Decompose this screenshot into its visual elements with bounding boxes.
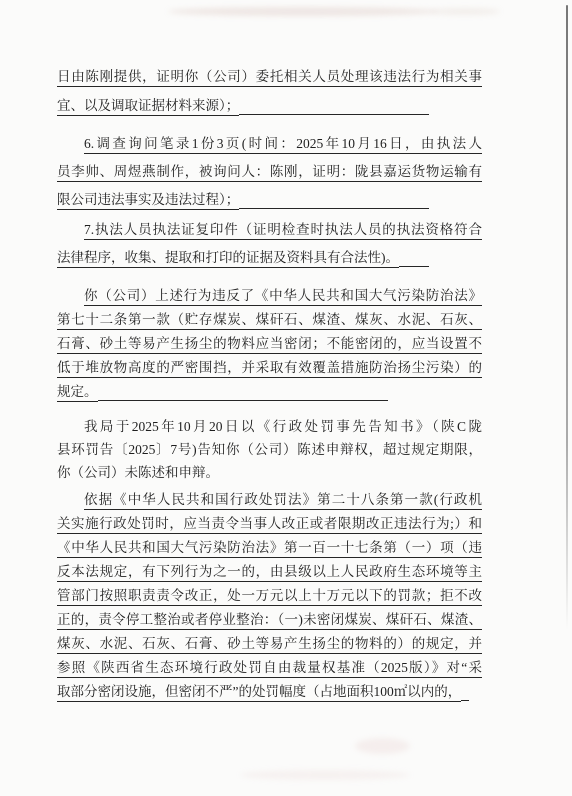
line-text: 煤灰、水泥、石灰、石膏、砂土等易产生扬尘的物料的）的规定，并 bbox=[57, 636, 482, 654]
underline-extension bbox=[461, 686, 469, 701]
line-text: 你（公司）上述行为违反了《中华人民共和国大气污染防治法》 bbox=[84, 288, 482, 306]
line-text: 取部分密闭设施，但密闭不严”的处罚幅度（占地面积100㎡以内的， bbox=[57, 684, 461, 702]
underline-extension bbox=[98, 386, 388, 401]
text-line: 低于堆放物高度的严密围挡，并采取有效覆盖措施防治扬尘污染）的 bbox=[57, 356, 482, 380]
line-text: 宜、以及调取证据材料来源）； bbox=[57, 98, 239, 116]
underline-extension bbox=[239, 100, 429, 115]
paragraph-prior-notice: 我局于2025年10月20日以《行政处罚事先告知书》（陕C陇 县环罚告〔2025… bbox=[57, 415, 482, 484]
line-text: 管部门按照职责责令改正，处一万元以上十万元以下的罚款；拒不改 bbox=[57, 588, 482, 606]
line-text: 正的，责令停工整治或者停业整治：（一)未密闭煤炭、煤矸石、煤渣、 bbox=[57, 612, 482, 630]
line-text: 县环罚告〔2025〕7号)告知你（公司）陈述申辩权，超过规定期限， bbox=[57, 442, 482, 457]
text-line: 煤灰、水泥、石灰、石膏、砂土等易产生扬尘的物料的）的规定，并 bbox=[57, 632, 482, 656]
line-text: 低于堆放物高度的严密围挡，并采取有效覆盖措施防治扬尘污染）的 bbox=[57, 360, 482, 378]
line-text: 日由陈刚提供，证明你（公司）委托相关人员处理该违法行为相关事 bbox=[57, 69, 482, 87]
line-text: 7.执法人员执法证复印件（证明检查时执法人员的执法资格符合 bbox=[84, 222, 482, 240]
paragraph-evidence-item-6: 6.调查询问笔录1份3页(时间：2025年10月16日，由执法人 员李帅、周煜燕… bbox=[57, 130, 482, 214]
line-text: 6.调查询问笔录1份3页(时间：2025年10月16日，由执法人 bbox=[84, 136, 482, 154]
text-line: 员李帅、周煜燕制作，被询问人：陈刚，证明：陇县嘉运货物运输有 bbox=[57, 158, 482, 186]
text-line: 反本法规定，有下列行为之一的，由县级以上人民政府生态环境等主 bbox=[57, 560, 482, 584]
text-line: 管部门按照职责责令改正，处一万元以上十万元以下的罚款；拒不改 bbox=[57, 584, 482, 608]
paragraph-evidence-item-7: 7.执法人员执法证复印件（证明检查时执法人员的执法资格符合 法律程序，收集、提取… bbox=[57, 216, 482, 272]
text-line: 宜、以及调取证据材料来源）； bbox=[57, 91, 482, 120]
line-text: 我局于2025年10月20日以《行政处罚事先告知书》（陕C陇 bbox=[84, 419, 482, 434]
underline-extension bbox=[399, 252, 429, 267]
paragraph-violated-law: 你（公司）上述行为违反了《中华人民共和国大气污染防治法》 第七十二条第一款（贮存… bbox=[57, 284, 482, 404]
scan-smudge-bottom-2 bbox=[240, 770, 410, 780]
text-line: 《中华人民共和国大气污染防治法》第一百一十七条第（一）项（违 bbox=[57, 536, 482, 560]
text-line: 县环罚告〔2025〕7号)告知你（公司）陈述申辩权，超过规定期限， bbox=[57, 438, 482, 461]
text-line: 第七十二条第一款（贮存煤炭、煤矸石、煤渣、煤灰、水泥、石灰、 bbox=[57, 308, 482, 332]
text-line: 你（公司）上述行为违反了《中华人民共和国大气污染防治法》 bbox=[57, 284, 482, 308]
document-page: 日由陈刚提供，证明你（公司）委托相关人员处理该违法行为相关事 宜、以及调取证据材… bbox=[0, 0, 572, 796]
line-text: 规定。 bbox=[57, 384, 98, 402]
text-line: 法律程序，收集、提取和打印的证据及资料具有合法性)。 bbox=[57, 244, 482, 272]
line-text: 限公司违法事实及违法过程）； bbox=[57, 192, 239, 210]
line-text: 石膏、砂土等易产生扬尘的物料应当密闭；不能密闭的，应当设置不 bbox=[57, 336, 482, 354]
document-body: 日由陈刚提供，证明你（公司）委托相关人员处理该违法行为相关事 宜、以及调取证据材… bbox=[57, 0, 482, 704]
paragraph-penalty-basis: 依据《中华人民共和国行政处罚法》第二十八条第一款(行政机 关实施行政处罚时，应当… bbox=[57, 488, 482, 704]
line-text: 依据《中华人民共和国行政处罚法》第二十八条第一款(行政机 bbox=[84, 492, 482, 510]
line-text: 《中华人民共和国大气污染防治法》第一百一十七条第（一）项（违 bbox=[57, 540, 482, 558]
text-line: 规定。 bbox=[57, 380, 482, 404]
scan-smudge-bottom-1 bbox=[355, 738, 410, 754]
text-line: 日由陈刚提供，证明你（公司）委托相关人员处理该违法行为相关事 bbox=[57, 62, 482, 91]
line-text: 法律程序，收集、提取和打印的证据及资料具有合法性)。 bbox=[57, 250, 399, 268]
text-line: 关实施行政处罚时，应当责令当事人改正或者限期改正违法行为;）和 bbox=[57, 512, 482, 536]
text-line: 我局于2025年10月20日以《行政处罚事先告知书》（陕C陇 bbox=[57, 415, 482, 438]
line-text: 参照《陕西省生态环境行政处罚自由裁量权基准（2025版）》对“采 bbox=[57, 660, 482, 678]
text-line: 限公司违法事实及违法过程）； bbox=[57, 186, 482, 214]
line-text: 第七十二条第一款（贮存煤炭、煤矸石、煤渣、煤灰、水泥、石灰、 bbox=[57, 312, 482, 330]
line-text: 反本法规定，有下列行为之一的，由县级以上人民政府生态环境等主 bbox=[57, 564, 482, 582]
line-text: 你（公司）未陈述和申辩。 bbox=[57, 465, 219, 480]
text-line: 参照《陕西省生态环境行政处罚自由裁量权基准（2025版）》对“采 bbox=[57, 656, 482, 680]
text-line: 石膏、砂土等易产生扬尘的物料应当密闭；不能密闭的，应当设置不 bbox=[57, 332, 482, 356]
text-line: 正的，责令停工整治或者停业整治：（一)未密闭煤炭、煤矸石、煤渣、 bbox=[57, 608, 482, 632]
text-line: 6.调查询问笔录1份3页(时间：2025年10月16日，由执法人 bbox=[57, 130, 482, 158]
text-line: 7.执法人员执法证复印件（证明检查时执法人员的执法资格符合 bbox=[57, 216, 482, 244]
paragraph-evidence-source: 日由陈刚提供，证明你（公司）委托相关人员处理该违法行为相关事 宜、以及调取证据材… bbox=[57, 62, 482, 120]
page-edge-line bbox=[566, 5, 568, 630]
text-line: 你（公司）未陈述和申辩。 bbox=[57, 461, 482, 484]
line-text: 员李帅、周煜燕制作，被询问人：陈刚，证明：陇县嘉运货物运输有 bbox=[57, 164, 482, 182]
line-text: 关实施行政处罚时，应当责令当事人改正或者限期改正违法行为;）和 bbox=[57, 516, 482, 534]
text-line: 依据《中华人民共和国行政处罚法》第二十八条第一款(行政机 bbox=[57, 488, 482, 512]
underline-extension bbox=[239, 194, 429, 209]
text-line: 取部分密闭设施，但密闭不严”的处罚幅度（占地面积100㎡以内的， bbox=[57, 680, 482, 704]
